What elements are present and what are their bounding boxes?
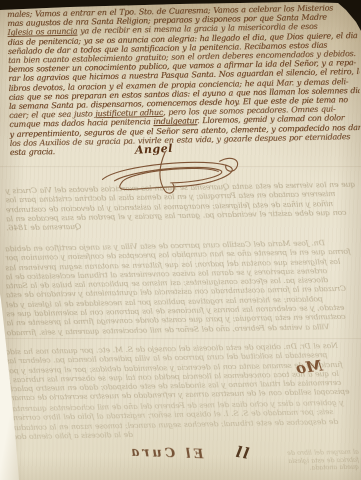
bleedthrough-band: Dn. Jose Maria del Castillo cura parroco…	[5, 238, 358, 338]
manuscript-text-block: males; Vamos a entrar en el Tpo. Sto. de…	[7, 3, 361, 157]
photo-background: males; Vamos a entrar en el Tpo. Sto. de…	[0, 0, 361, 480]
dark-showthrough-mark: Mo	[295, 356, 324, 377]
bleedthrough-band: y gobierno a diez y ocho dias del mes de…	[6, 398, 358, 442]
fold-crease	[0, 338, 361, 340]
bleedthrough-band: que en los viernes de esta santa Quaresm…	[6, 180, 358, 233]
dark-showthrough-signature: El Cura	[128, 445, 204, 463]
underlined-latin-phrase: Iglesia os anuncia	[7, 27, 77, 37]
manuscript-page: males; Vamos a entrar en el Tpo. Sto. de…	[0, 0, 361, 480]
line-text: esta gracia.	[10, 147, 55, 157]
dark-ink-strokes: ll	[235, 443, 252, 463]
bleedthrough-line: queda anotada.	[224, 464, 359, 474]
underlined-latin-phrase: indulgeatur	[153, 117, 197, 127]
